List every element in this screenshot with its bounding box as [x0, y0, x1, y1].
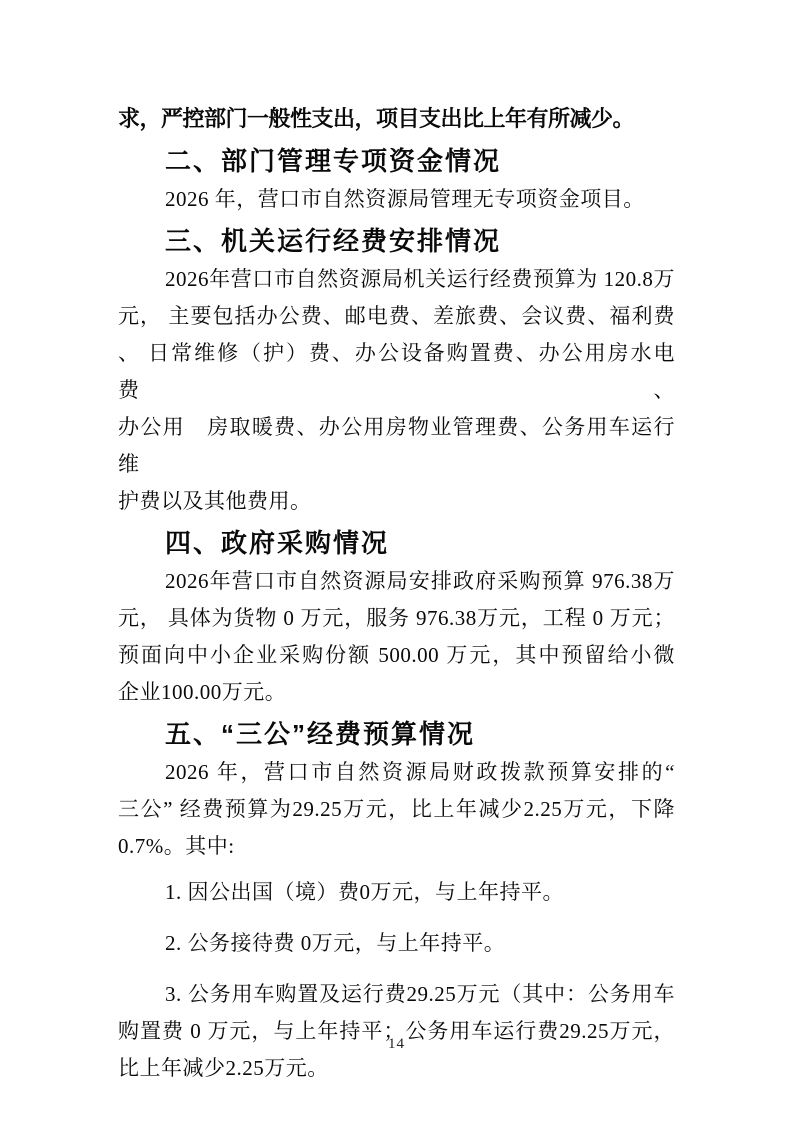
text-line: 企业100.00万元。: [118, 674, 675, 711]
document-body: 求，严控部门一般性支出，项目支出比上年有所减少。二、部门管理专项资金情况2026…: [118, 100, 675, 1087]
text-line: 、 日常维修（护）费、办公设备购置费、办公用房水电费、: [118, 335, 675, 409]
text-line: 护费以及其他费用。: [118, 483, 675, 520]
text-line: 办公用 房取暖费、办公用房物业管理费、公务用车运行维: [118, 409, 675, 483]
section-heading: 五、“三公”经费预算情况: [118, 714, 675, 754]
text-line: 求，严控部门一般性支出，项目支出比上年有所减少。: [118, 100, 675, 138]
text-line: 2026 年，营口市自然资源局财政拨款预算安排的“: [118, 754, 675, 791]
text-line: 预面向中小企业采购份额 500.00 万元，其中预留给小微: [118, 637, 675, 674]
text-line: 比上年减少2.25万元。: [118, 1050, 675, 1087]
text-line: 2026年营口市自然资源局安排政府采购预算 976.38万: [118, 563, 675, 600]
text-line: 三公” 经费预算为29.25万元，比上年减少2.25万元，下降: [118, 791, 675, 828]
text-line: 2026 年，营口市自然资源局管理无专项资金项目。: [118, 181, 675, 218]
text-line: 3. 公务用车购置及运行费29.25万元（其中：公务用车: [118, 976, 675, 1013]
text-line: 2026年营口市自然资源局机关运行经费预算为 120.8万: [118, 261, 675, 298]
document-page: 求，严控部门一般性支出，项目支出比上年有所减少。二、部门管理专项资金情况2026…: [0, 0, 793, 1122]
section-heading: 二、部门管理专项资金情况: [118, 141, 675, 181]
section-heading: 三、机关运行经费安排情况: [118, 221, 675, 261]
text-line: 2. 公务接待费 0万元，与上年持平。: [118, 925, 675, 962]
text-line: 元， 具体为货物 0 万元，服务 976.38万元，工程 0 万元；: [118, 600, 675, 637]
text-line: 0.7%。其中:: [118, 828, 675, 865]
text-line: 1. 因公出国（境）费0万元，与上年持平。: [118, 874, 675, 911]
section-heading: 四、政府采购情况: [118, 523, 675, 563]
text-line: 元， 主要包括办公费、邮电费、差旅费、会议费、福利费: [118, 298, 675, 335]
page-number: 14: [0, 1036, 793, 1053]
